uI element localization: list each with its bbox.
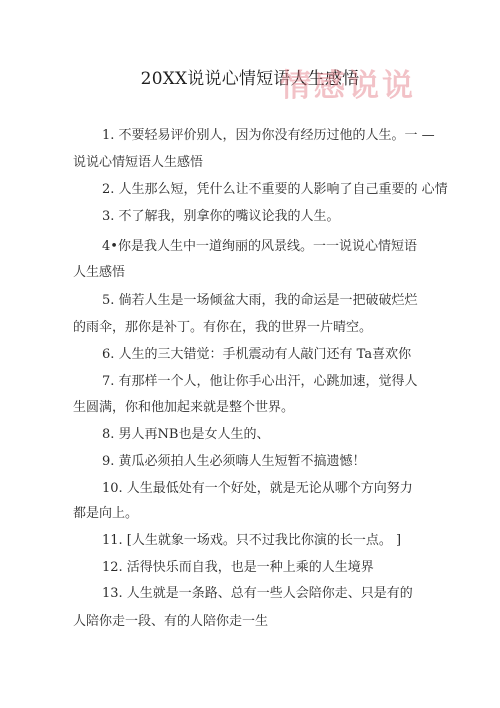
text-line: 9. 黄瓜必须拍人生必须嗨人生短暂不搞遗憾！ [102,450,366,469]
text-line: 生圆满，你和他加起来就是整个世界。 [73,396,294,415]
text-line: 都是向上。 [73,502,138,521]
text-line: 10. 人生最低处有一个好处，就是无论从哪个方向努力 [102,477,413,496]
text-line: 3. 不了解我，别拿你的嘴议论我的人生。 [102,205,340,224]
text-line: 11. [人生就象一场戏。只不过我比你演的长一点。 ] [102,529,401,548]
text-line: 8. 男人再NB也是女人生的、 [102,423,269,442]
text-line: 6. 人生的三大错觉：手机震动有人敲门还有 Ta喜欢你 [102,343,411,362]
title-text: 20XX说说心情短语人生感悟 [141,69,360,89]
text-line: 说说心情短语人生感悟 [73,151,203,170]
text-line: 13. 人生就是一条路、总有一些人会陪你走、只是有的 [102,582,413,601]
text-line: 7. 有那样一个人，他让你手心出汗，心跳加速，觉得人 [102,370,418,389]
text-line: 5. 倘若人生是一场倾盆大雨，我的命运是一把破破烂烂 [102,289,418,308]
text-line: 人生感悟 [73,261,125,280]
text-line: 的雨伞，那你是补丁。有你在，我的世界一片晴空。 [73,316,372,335]
document-title: 20XX说说心情短语人生感悟 [0,64,500,89]
text-line: 人陪你走一段、有的人陪你走一生 [73,610,268,629]
text-line: 1. 不要轻易评价别人，因为你没有经历过他的人生。一 — [102,124,435,143]
text-line: 12. 活得快乐而自我，也是一种上乘的人生境界 [102,556,374,575]
text-line: 2. 人生那么短，凭什么让不重要的人影响了自己重要的 心情 [102,178,448,197]
text-line: 4•你是我人生中一道绚丽的风景线。一一说说心情短语 [102,235,417,254]
